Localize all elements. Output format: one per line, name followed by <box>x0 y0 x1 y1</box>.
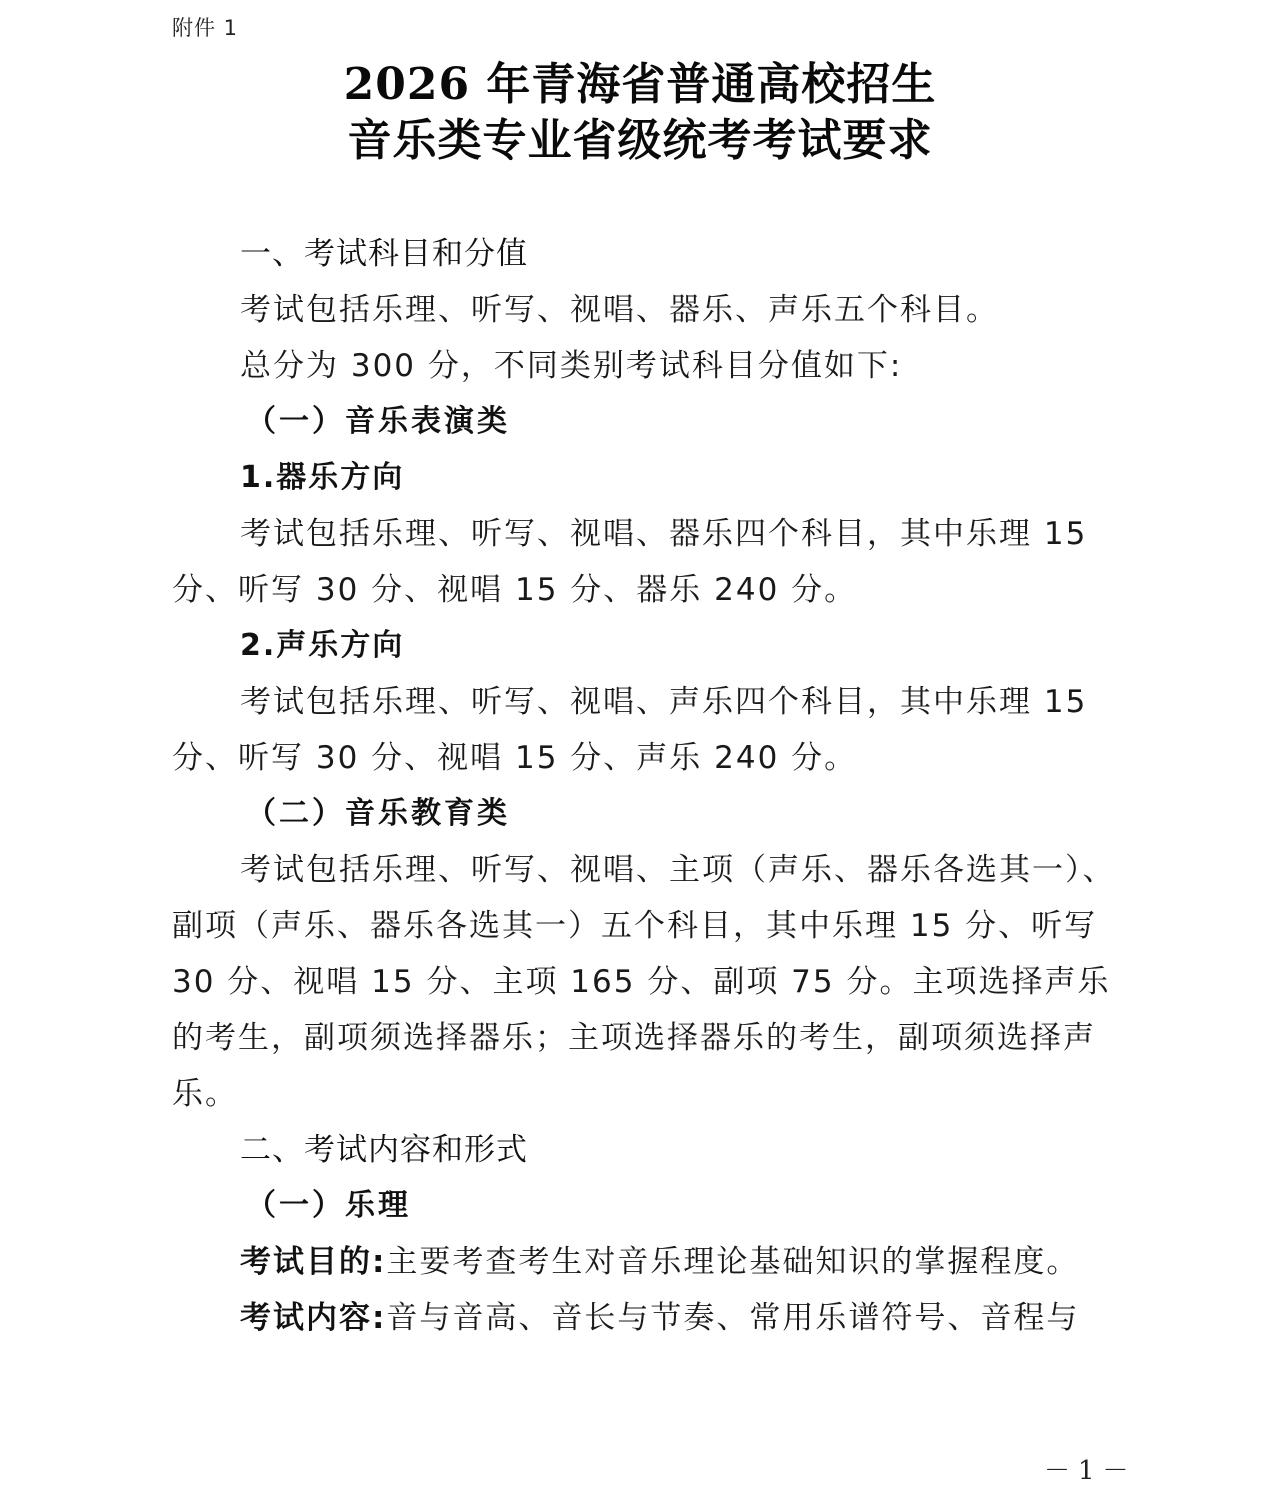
section1-intro: 考试包括乐理、听写、视唱、器乐、声乐五个科目。 <box>240 284 999 329</box>
exam-content-text: 音与音高、音长与节奏、常用乐谱符号、音程与 <box>386 1300 1079 1336</box>
music-theory-heading: （一）乐理 <box>246 1180 411 1224</box>
attachment-label: 附件 1 <box>172 12 238 42</box>
page-number: －1－ <box>1044 1450 1137 1487</box>
section2-heading: 二、考试内容和形式 <box>240 1124 528 1169</box>
category2-text-line5: 乐。 <box>172 1068 238 1113</box>
exam-content-label: 考试内容: <box>240 1300 386 1336</box>
exam-content: 考试内容:音与音高、音长与节奏、常用乐谱符号、音程与 <box>240 1292 1079 1337</box>
category2-text-line2: 副项（声乐、器乐各选其一）五个科目，其中乐理 15 分、听写 <box>172 900 1097 945</box>
direction1-heading: 1.器乐方向 <box>240 452 404 496</box>
direction1-text-line2: 分、听写 30 分、视唱 15 分、器乐 240 分。 <box>172 564 857 609</box>
document-title-line2: 音乐类专业省级统考考试要求 <box>0 104 1280 168</box>
direction1-text-line1: 考试包括乐理、听写、视唱、器乐四个科目，其中乐理 15 <box>240 508 1087 553</box>
category2-heading: （二）音乐教育类 <box>246 788 510 832</box>
direction2-text-line1: 考试包括乐理、听写、视唱、声乐四个科目，其中乐理 15 <box>240 676 1087 721</box>
exam-purpose-text: 主要考查考生对音乐理论基础知识的掌握程度。 <box>386 1244 1079 1280</box>
category2-text-line1: 考试包括乐理、听写、视唱、主项（声乐、器乐各选其一）、 <box>240 844 1116 889</box>
section1-total: 总分为 300 分，不同类别考试科目分值如下: <box>240 340 902 385</box>
exam-purpose-label: 考试目的: <box>240 1244 386 1280</box>
direction2-text-line2: 分、听写 30 分、视唱 15 分、声乐 240 分。 <box>172 732 857 777</box>
exam-purpose: 考试目的:主要考查考生对音乐理论基础知识的掌握程度。 <box>240 1236 1079 1281</box>
document-title-line1: 2026 年青海省普通高校招生 <box>0 48 1280 112</box>
category2-text-line3: 30 分、视唱 15 分、主项 165 分、副项 75 分。主项选择声乐 <box>172 956 1110 1001</box>
category2-text-line4: 的考生，副项须选择器乐；主项选择器乐的考生，副项须选择声 <box>172 1012 1096 1057</box>
section1-heading: 一、考试科目和分值 <box>240 228 528 273</box>
category1-heading: （一）音乐表演类 <box>246 396 510 440</box>
direction2-heading: 2.声乐方向 <box>240 620 404 664</box>
